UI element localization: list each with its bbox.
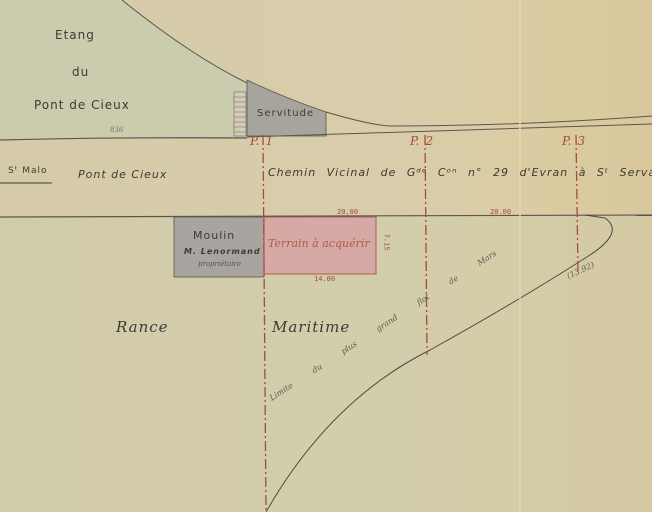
road-bridge-label: Pont de Cieux xyxy=(78,168,167,181)
profile-1-prefix: P. xyxy=(250,134,259,148)
river-label-maritime: Maritime xyxy=(272,318,350,336)
pond-parcel-number: 836 xyxy=(110,126,123,134)
profile-2-prefix: P. xyxy=(410,134,419,148)
profile-1-marker: P.1 xyxy=(250,134,273,148)
profile-2-marker: P.2 xyxy=(410,134,433,148)
road-st-malo-label: Sᵗ Malo xyxy=(8,166,48,176)
servitude-label: Servitude xyxy=(257,108,314,119)
parcel-top-dimension: 20,00 xyxy=(337,208,358,216)
river-label-rance: Rance xyxy=(116,318,169,336)
road-name-label: Chemin Vicinal de Gᵈᵉ Cᵒⁿ n° 29 d'Evran … xyxy=(268,166,652,179)
profile-3-number: 3 xyxy=(577,134,585,148)
profile-1-number: 1 xyxy=(265,134,273,148)
parcel-label: Terrain à acquérir xyxy=(268,237,370,250)
segment-p2-p3-dimension: 20.00 xyxy=(490,208,511,216)
map-drawing xyxy=(0,0,652,512)
pond-label-line2: du xyxy=(72,65,89,79)
mill-owner-role: propriétaire xyxy=(198,260,241,268)
mill-title: Moulin xyxy=(193,229,235,242)
parcel-bottom-dimension: 14.00 xyxy=(314,275,335,283)
mill-owner: M. Lenormand xyxy=(184,247,261,256)
parcel-side-dimension: 7.15 xyxy=(382,234,390,251)
profile-2-number: 2 xyxy=(425,134,433,148)
profile-3-marker: P.3 xyxy=(562,134,585,148)
pond-label-line1: Etang xyxy=(55,28,95,42)
cadastral-map: Etang du Pont de Cieux 836 Servitude Sᵗ … xyxy=(0,0,652,512)
profile-3-prefix: P. xyxy=(562,134,571,148)
pond-label-line3: Pont de Cieux xyxy=(34,98,130,112)
